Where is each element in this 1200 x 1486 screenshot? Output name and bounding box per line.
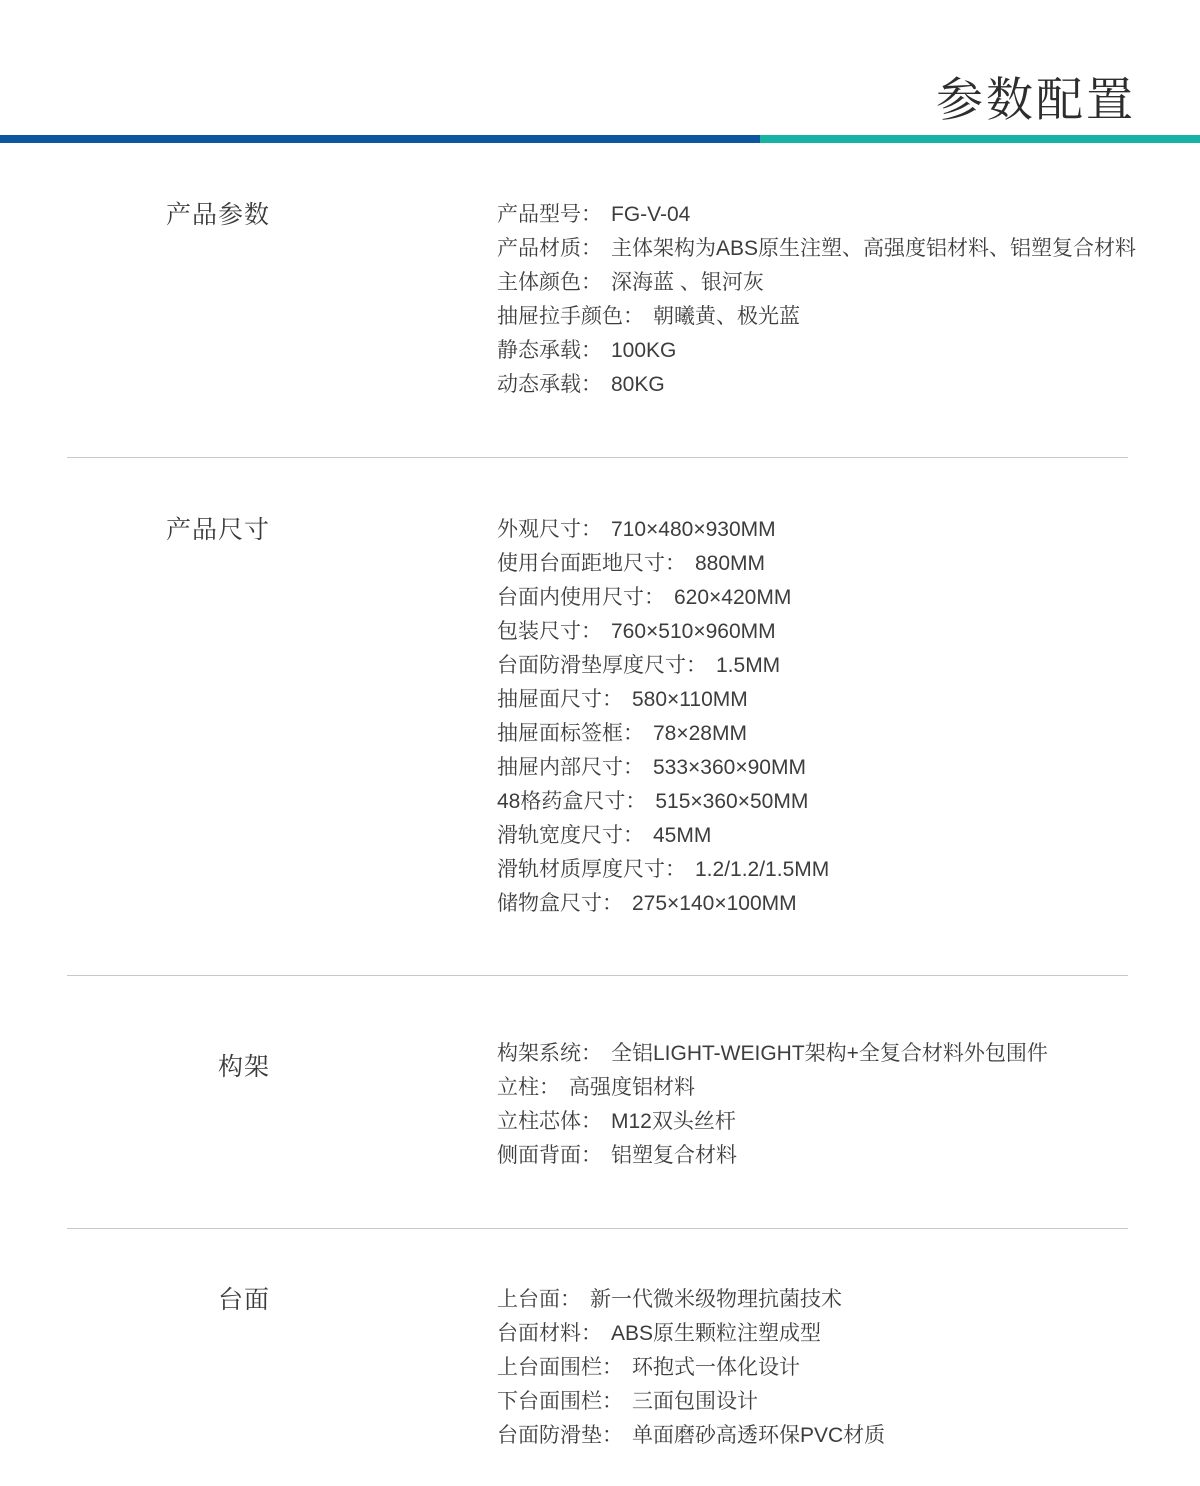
spec-row: 滑轨材质厚度尺寸： 1.2/1.2/1.5MM <box>497 853 1160 887</box>
spec-row: 抽屉内部尺寸： 533×360×90MM <box>497 751 1160 785</box>
spec-row: 包装尺寸： 760×510×960MM <box>497 615 1160 649</box>
spec-key: 抽屉拉手颜色： <box>497 300 644 334</box>
spec-row: 下台面围栏： 三面包围设计 <box>497 1385 1160 1419</box>
accent-bar-blue-segment <box>0 135 760 143</box>
spec-value: FG-V-04 <box>611 198 690 232</box>
spec-row: 使用台面距地尺寸： 880MM <box>497 547 1160 581</box>
spec-row: 抽屉面标签框： 78×28MM <box>497 717 1160 751</box>
spec-key: 使用台面距地尺寸： <box>497 547 686 581</box>
spec-key: 抽屉内部尺寸： <box>497 751 644 785</box>
accent-bar-teal-segment <box>760 135 1200 143</box>
spec-key: 上台面围栏： <box>497 1351 623 1385</box>
spec-value: 80KG <box>611 368 665 402</box>
spec-value: 单面磨砂高透环保PVC材质 <box>632 1419 885 1453</box>
spec-row: 主体颜色： 深海蓝 、银河灰 <box>497 266 1160 300</box>
spec-row: 48格药盒尺寸： 515×360×50MM <box>497 785 1160 819</box>
spec-key: 台面材料： <box>497 1317 602 1351</box>
section-product-parameters: 产品参数 产品型号： FG-V-04 产品材质： 主体架构为ABS原生注塑、高强… <box>0 198 1200 402</box>
spec-value: 78×28MM <box>653 717 747 751</box>
spec-row: 储物盒尺寸： 275×140×100MM <box>497 887 1160 921</box>
spec-value: 533×360×90MM <box>653 751 806 785</box>
spec-value: 275×140×100MM <box>632 887 797 921</box>
spec-row: 上台面围栏： 环抱式一体化设计 <box>497 1351 1160 1385</box>
section-tabletop: 台面 上台面： 新一代微米级物理抗菌技术 台面材料： ABS原生颗粒注塑成型 上… <box>0 1283 1200 1453</box>
spec-key: 产品材质： <box>497 232 602 266</box>
spec-key: 立柱： <box>497 1071 560 1105</box>
section-product-dimensions: 产品尺寸 外观尺寸： 710×480×930MM 使用台面距地尺寸： 880MM… <box>0 513 1200 921</box>
spec-value: M12双头丝杆 <box>611 1105 736 1139</box>
section-label: 台面 <box>0 1283 270 1317</box>
spec-key: 外观尺寸： <box>497 513 602 547</box>
spec-value: 710×480×930MM <box>611 513 776 547</box>
spec-value: 580×110MM <box>632 683 748 717</box>
spec-value: 铝塑复合材料 <box>611 1139 737 1173</box>
spec-key: 下台面围栏： <box>497 1385 623 1419</box>
spec-value: 1.2/1.2/1.5MM <box>695 853 829 887</box>
spec-row: 侧面背面： 铝塑复合材料 <box>497 1139 1160 1173</box>
section-label: 构架 <box>0 1050 270 1084</box>
spec-key: 台面防滑垫： <box>497 1419 623 1453</box>
section-label: 产品尺寸 <box>0 513 270 547</box>
accent-bar <box>0 135 1200 143</box>
spec-value: 全铝LIGHT-WEIGHT架构+全复合材料外包围件 <box>611 1037 1048 1071</box>
section-content: 上台面： 新一代微米级物理抗菌技术 台面材料： ABS原生颗粒注塑成型 上台面围… <box>497 1283 1200 1453</box>
spec-row: 产品材质： 主体架构为ABS原生注塑、高强度铝材料、铝塑复合材料 <box>497 232 1160 266</box>
spec-row: 台面内使用尺寸： 620×420MM <box>497 581 1160 615</box>
spec-value: 1.5MM <box>716 649 780 683</box>
spec-key: 48格药盒尺寸： <box>497 785 646 819</box>
spec-row: 抽屉面尺寸： 580×110MM <box>497 683 1160 717</box>
spec-row: 滑轨宽度尺寸： 45MM <box>497 819 1160 853</box>
spec-key: 抽屉面尺寸： <box>497 683 623 717</box>
spec-key: 立柱芯体： <box>497 1105 602 1139</box>
spec-key: 主体颜色： <box>497 266 602 300</box>
spec-key: 上台面： <box>497 1283 581 1317</box>
spec-value: 新一代微米级物理抗菌技术 <box>590 1283 842 1317</box>
spec-key: 滑轨宽度尺寸： <box>497 819 644 853</box>
spec-value: 三面包围设计 <box>632 1385 758 1419</box>
spec-row: 台面材料： ABS原生颗粒注塑成型 <box>497 1317 1160 1351</box>
section-content: 外观尺寸： 710×480×930MM 使用台面距地尺寸： 880MM 台面内使… <box>497 513 1200 921</box>
spec-value: 880MM <box>695 547 765 581</box>
spec-row: 产品型号： FG-V-04 <box>497 198 1160 232</box>
spec-key: 储物盒尺寸： <box>497 887 623 921</box>
spec-key: 滑轨材质厚度尺寸： <box>497 853 686 887</box>
section-divider <box>67 457 1128 458</box>
spec-row: 动态承载： 80KG <box>497 368 1160 402</box>
spec-row: 静态承载： 100KG <box>497 334 1160 368</box>
spec-value: 515×360×50MM <box>655 785 808 819</box>
section-label: 产品参数 <box>0 198 270 232</box>
section-divider <box>67 975 1128 976</box>
spec-key: 台面防滑垫厚度尺寸： <box>497 649 707 683</box>
spec-key: 台面内使用尺寸： <box>497 581 665 615</box>
spec-key: 静态承载： <box>497 334 602 368</box>
spec-value: 主体架构为ABS原生注塑、高强度铝材料、铝塑复合材料 <box>611 232 1136 266</box>
spec-row: 外观尺寸： 710×480×930MM <box>497 513 1160 547</box>
spec-key: 抽屉面标签框： <box>497 717 644 751</box>
spec-key: 产品型号： <box>497 198 602 232</box>
spec-key: 构架系统： <box>497 1037 602 1071</box>
spec-row: 立柱芯体： M12双头丝杆 <box>497 1105 1160 1139</box>
section-divider <box>67 1228 1128 1229</box>
spec-value: 深海蓝 、银河灰 <box>611 266 764 300</box>
section-content: 构架系统： 全铝LIGHT-WEIGHT架构+全复合材料外包围件 立柱： 高强度… <box>497 1037 1200 1173</box>
spec-row: 台面防滑垫： 单面磨砂高透环保PVC材质 <box>497 1419 1160 1453</box>
spec-value: 环抱式一体化设计 <box>632 1351 800 1385</box>
spec-key: 侧面背面： <box>497 1139 602 1173</box>
section-frame: 构架 构架系统： 全铝LIGHT-WEIGHT架构+全复合材料外包围件 立柱： … <box>0 1037 1200 1173</box>
spec-value: 620×420MM <box>674 581 791 615</box>
spec-value: 45MM <box>653 819 711 853</box>
section-content: 产品型号： FG-V-04 产品材质： 主体架构为ABS原生注塑、高强度铝材料、… <box>497 198 1200 402</box>
spec-key: 动态承载： <box>497 368 602 402</box>
spec-value: 760×510×960MM <box>611 615 776 649</box>
spec-value: 100KG <box>611 334 676 368</box>
spec-row: 立柱： 高强度铝材料 <box>497 1071 1160 1105</box>
page-title: 参数配置 <box>936 76 1136 123</box>
spec-value: 高强度铝材料 <box>569 1071 695 1105</box>
spec-row: 上台面： 新一代微米级物理抗菌技术 <box>497 1283 1160 1317</box>
page-header: 参数配置 <box>0 0 1200 123</box>
spec-value: 朝曦黄、极光蓝 <box>653 300 800 334</box>
spec-row: 台面防滑垫厚度尺寸： 1.5MM <box>497 649 1160 683</box>
spec-row: 抽屉拉手颜色： 朝曦黄、极光蓝 <box>497 300 1160 334</box>
spec-sheet-page: 参数配置 产品参数 产品型号： FG-V-04 产品材质： 主体架构为ABS原生… <box>0 0 1200 1486</box>
spec-row: 构架系统： 全铝LIGHT-WEIGHT架构+全复合材料外包围件 <box>497 1037 1160 1071</box>
spec-value: ABS原生颗粒注塑成型 <box>611 1317 821 1351</box>
spec-key: 包装尺寸： <box>497 615 602 649</box>
